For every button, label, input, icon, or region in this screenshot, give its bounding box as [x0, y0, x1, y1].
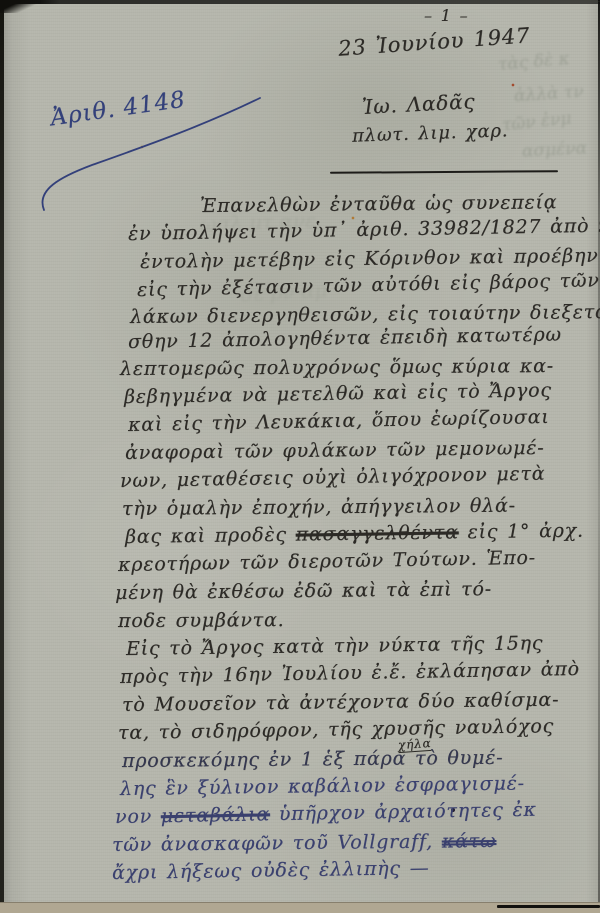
- handwritten-line: τῶν ἀνασκαφῶν τοῦ Vollgraff, κάτω: [112, 830, 497, 856]
- struck-word: πασαγγελθέντα: [296, 521, 459, 545]
- handwritten-line: μένη θὰ ἐκθέσω ἐδῶ καὶ τὰ ἐπὶ τό-: [115, 578, 492, 604]
- handwritten-line: καὶ εἰς τὴν Λευκάκια, ὅπου ἑωρίζουσαι: [128, 406, 550, 436]
- handwritten-line: ἄχρι λήξεως οὐδὲς ἐλλιπὴς —: [112, 857, 430, 884]
- handwritten-line: ποδε συμβάντα.: [118, 609, 285, 632]
- line-text: τῶν ἀνασκαφῶν τοῦ Vollgraff,: [112, 831, 442, 856]
- handwritten-line: Εἰς τὸ Ἄργος κατὰ τὴν νύκτα τῆς 15ης: [126, 632, 544, 660]
- handwritten-line: πρὸς τὴν 16ην Ἰουλίου ἐ.ἔ. ἐκλάπησαν ἀπὸ: [120, 658, 580, 688]
- handwritten-line: τὴν ὁμαλὴν ἐποχήν, ἀπήγγειλον θλά-: [122, 495, 516, 520]
- handwritten-line: βεβηγμένα νὰ μετελθῶ καὶ εἰς τὸ Ἄργος: [124, 379, 552, 408]
- handwritten-line: ἐν ὑπολήψει τὴν ὑπ᾽ ἀριθ. 33982/1827 ἀπὸ…: [128, 214, 600, 245]
- handwritten-line: ἀναφοραὶ τῶν φυλάκων τῶν μεμονωμέ-: [125, 437, 545, 464]
- handwritten-line: λης ἓν ξύλινον καβάλιον ἐσφραγισμέ-: [120, 772, 525, 800]
- line-text: νον: [115, 805, 161, 828]
- struck-word: κάτω: [442, 830, 497, 853]
- signatory-title: πλωτ. λιμ. χαρ.: [352, 120, 509, 146]
- bleedthrough-text: τὰς δὲ κ: [497, 49, 570, 75]
- handwritten-line: τα, τὸ σιδηρόφρον, τῆς χρυσῆς ναυλόχος: [118, 715, 554, 744]
- page-number: – 1 –: [424, 6, 468, 25]
- handwritten-line: κρεοτήρων τῶν διεροτῶν Τούτων. Ἑπο-: [118, 547, 536, 576]
- line-text: εἰς 1° ἀρχ.: [459, 520, 584, 544]
- handwritten-line: τὸ Μουσεῖον τὰ ἀντέχοντα δύο καθίσμα-: [122, 689, 559, 716]
- handwritten-line: σθην 12 ἀπολογηθέντα ἐπειδὴ κατωτέρω: [128, 323, 562, 353]
- header-divider-line: [330, 170, 558, 174]
- scan-edge-left: [0, 0, 4, 913]
- scan-corner-shadow: [0, 0, 38, 13]
- bleedthrough-text: ἀλλὰ τν: [513, 82, 584, 107]
- line-text: ὑπῆρχον ἀρχαιότητες ἐκ: [270, 799, 537, 826]
- handwritten-line: Ἐπανελθὼν ἐνταῦθα ὡς συνεπείᾳ: [200, 191, 558, 217]
- line-text: βας καὶ προδὲς: [125, 524, 296, 548]
- signatory-name: Ἰω. Λαδᾶς: [361, 89, 475, 119]
- next-page-rule-line: [497, 905, 600, 908]
- handwritten-line: νον μεταβάλια ὑπῆρχον ἀρχαιότητες ἐκ: [115, 799, 537, 828]
- handwritten-line: βας καὶ προδὲς πασαγγελθέντα εἰς 1° ἀρχ.: [125, 520, 584, 548]
- handwritten-line: νων, μεταθέσεις οὐχὶ ὀλιγόχρονον μετὰ: [120, 463, 546, 492]
- bleedthrough-text: τῶν ἐνμ: [501, 108, 572, 135]
- handwritten-line: προσκεκόμης ἐν 1 ἑξ πάρα τὸ θυμέ-: [122, 747, 504, 772]
- struck-word: μεταβάλια: [161, 803, 271, 827]
- handwritten-line: εἰς τὴν ἐξέτασιν τῶν αὐτόθι εἰς βάρος τῶ…: [137, 268, 600, 301]
- handwritten-line: ἐντολὴν μετέβην εἰς Κόρινθον καὶ προέβην: [140, 245, 599, 273]
- scanned-document-page: τὰς δὲ κ ἀλλὰ τν τῶν ἐνμ ασμένα ωσλ μτ α…: [0, 0, 600, 913]
- handwritten-line: λεπτομερῶς πολυχρόνως ὅμως κύρια κα-: [120, 355, 554, 380]
- bleedthrough-text: ασμένα: [522, 138, 588, 161]
